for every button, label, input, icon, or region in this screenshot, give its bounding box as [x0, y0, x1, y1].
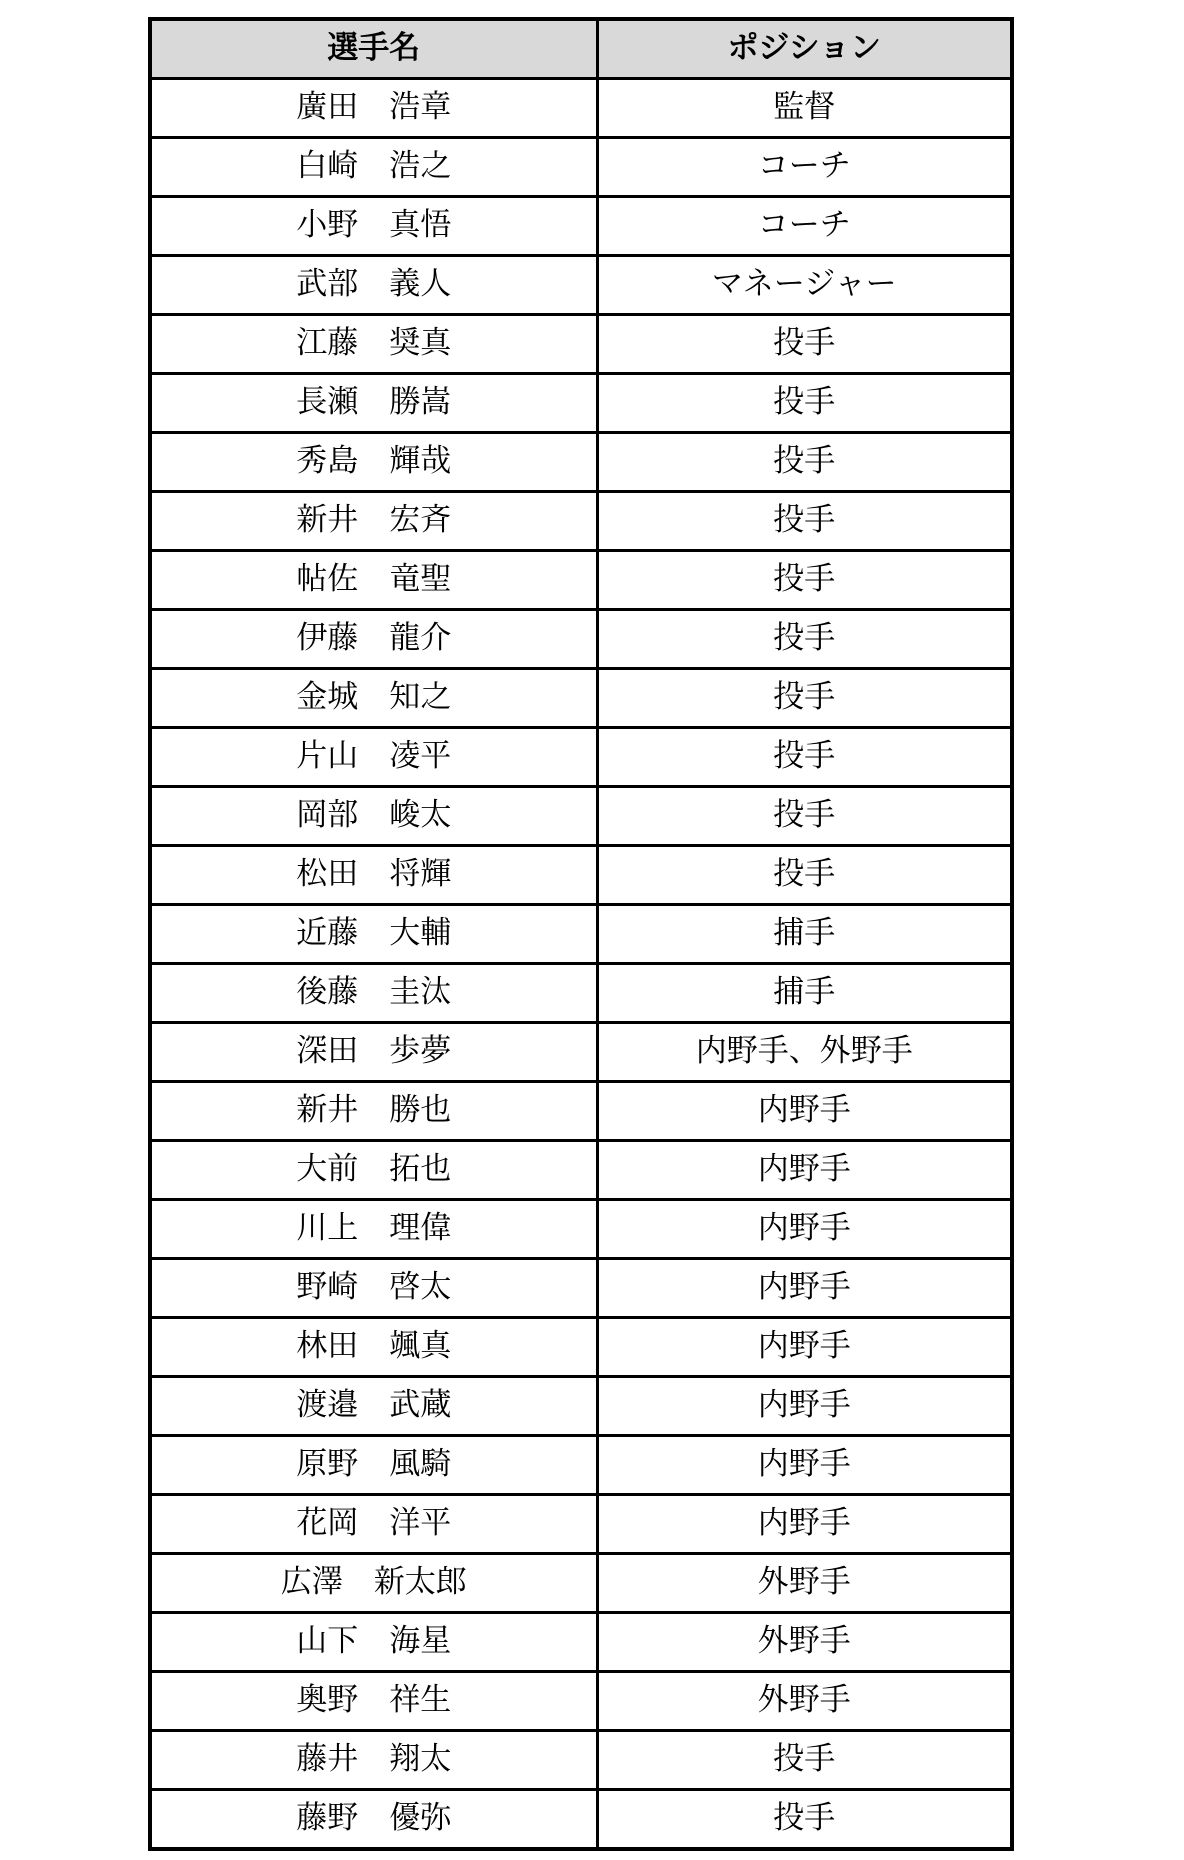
player-name-cell: 金城 知之 — [150, 669, 597, 728]
position-cell: 監督 — [597, 79, 1012, 138]
position-cell: 捕手 — [597, 905, 1012, 964]
player-name-cell: 小野 真悟 — [150, 197, 597, 256]
position-cell: 投手 — [597, 315, 1012, 374]
player-name-cell: 広澤 新太郎 — [150, 1554, 597, 1613]
position-cell: 内野手 — [597, 1082, 1012, 1141]
position-cell: 内野手 — [597, 1318, 1012, 1377]
position-cell: コーチ — [597, 197, 1012, 256]
position-cell: 投手 — [597, 846, 1012, 905]
table-row: 後藤 圭汰捕手 — [150, 964, 1012, 1023]
table-row: 新井 宏斉投手 — [150, 492, 1012, 551]
table-row: 秀島 輝哉投手 — [150, 433, 1012, 492]
table-row: 原野 風騎内野手 — [150, 1436, 1012, 1495]
position-cell: 投手 — [597, 492, 1012, 551]
position-cell: 投手 — [597, 669, 1012, 728]
position-cell: マネージャー — [597, 256, 1012, 315]
player-name-cell: 片山 凌平 — [150, 728, 597, 787]
position-cell: 内野手 — [597, 1377, 1012, 1436]
player-name-cell: 新井 宏斉 — [150, 492, 597, 551]
table-row: 渡邉 武蔵内野手 — [150, 1377, 1012, 1436]
position-cell: 投手 — [597, 728, 1012, 787]
position-cell: 投手 — [597, 1790, 1012, 1850]
table-row: 花岡 洋平内野手 — [150, 1495, 1012, 1554]
roster-table-body: 廣田 浩章監督白崎 浩之コーチ小野 真悟コーチ武部 義人マネージャー江藤 奨真投… — [150, 79, 1012, 1850]
position-cell: 投手 — [597, 374, 1012, 433]
position-cell: 内野手 — [597, 1259, 1012, 1318]
column-header-player-name: 選手名 — [150, 19, 597, 79]
position-cell: 外野手 — [597, 1613, 1012, 1672]
table-row: 金城 知之投手 — [150, 669, 1012, 728]
position-cell: 外野手 — [597, 1672, 1012, 1731]
player-name-cell: 近藤 大輔 — [150, 905, 597, 964]
position-cell: 内野手 — [597, 1495, 1012, 1554]
player-name-cell: 川上 理偉 — [150, 1200, 597, 1259]
table-row: 江藤 奨真投手 — [150, 315, 1012, 374]
table-row: 長瀬 勝嵩投手 — [150, 374, 1012, 433]
player-name-cell: 伊藤 龍介 — [150, 610, 597, 669]
table-row: 林田 颯真内野手 — [150, 1318, 1012, 1377]
table-row: 野崎 啓太内野手 — [150, 1259, 1012, 1318]
table-row: 廣田 浩章監督 — [150, 79, 1012, 138]
player-name-cell: 山下 海星 — [150, 1613, 597, 1672]
player-name-cell: 廣田 浩章 — [150, 79, 597, 138]
roster-table: 選手名 ポジション 廣田 浩章監督白崎 浩之コーチ小野 真悟コーチ武部 義人マネ… — [148, 17, 1014, 1851]
player-name-cell: 帖佐 竜聖 — [150, 551, 597, 610]
position-cell: 内野手 — [597, 1436, 1012, 1495]
column-header-position: ポジション — [597, 19, 1012, 79]
player-name-cell: 原野 風騎 — [150, 1436, 597, 1495]
position-cell: 内野手、外野手 — [597, 1023, 1012, 1082]
table-row: 武部 義人マネージャー — [150, 256, 1012, 315]
position-cell: 内野手 — [597, 1200, 1012, 1259]
player-name-cell: 武部 義人 — [150, 256, 597, 315]
table-row: 小野 真悟コーチ — [150, 197, 1012, 256]
roster-table-container: 選手名 ポジション 廣田 浩章監督白崎 浩之コーチ小野 真悟コーチ武部 義人マネ… — [148, 17, 1014, 1851]
position-cell: 投手 — [597, 1731, 1012, 1790]
position-cell: 投手 — [597, 551, 1012, 610]
table-row: 大前 拓也内野手 — [150, 1141, 1012, 1200]
player-name-cell: 松田 将輝 — [150, 846, 597, 905]
header-row: 選手名 ポジション — [150, 19, 1012, 79]
table-row: 白崎 浩之コーチ — [150, 138, 1012, 197]
table-row: 松田 将輝投手 — [150, 846, 1012, 905]
position-cell: 外野手 — [597, 1554, 1012, 1613]
player-name-cell: 新井 勝也 — [150, 1082, 597, 1141]
table-row: 深田 歩夢内野手、外野手 — [150, 1023, 1012, 1082]
position-cell: コーチ — [597, 138, 1012, 197]
table-row: 片山 凌平投手 — [150, 728, 1012, 787]
player-name-cell: 長瀬 勝嵩 — [150, 374, 597, 433]
position-cell: 内野手 — [597, 1141, 1012, 1200]
table-row: 奥野 祥生外野手 — [150, 1672, 1012, 1731]
player-name-cell: 渡邉 武蔵 — [150, 1377, 597, 1436]
table-row: 伊藤 龍介投手 — [150, 610, 1012, 669]
player-name-cell: 藤井 翔太 — [150, 1731, 597, 1790]
player-name-cell: 藤野 優弥 — [150, 1790, 597, 1850]
player-name-cell: 大前 拓也 — [150, 1141, 597, 1200]
player-name-cell: 奥野 祥生 — [150, 1672, 597, 1731]
player-name-cell: 深田 歩夢 — [150, 1023, 597, 1082]
position-cell: 投手 — [597, 787, 1012, 846]
player-name-cell: 江藤 奨真 — [150, 315, 597, 374]
position-cell: 投手 — [597, 433, 1012, 492]
position-cell: 捕手 — [597, 964, 1012, 1023]
player-name-cell: 秀島 輝哉 — [150, 433, 597, 492]
player-name-cell: 岡部 峻太 — [150, 787, 597, 846]
table-row: 近藤 大輔捕手 — [150, 905, 1012, 964]
table-row: 藤野 優弥投手 — [150, 1790, 1012, 1850]
table-row: 川上 理偉内野手 — [150, 1200, 1012, 1259]
player-name-cell: 白崎 浩之 — [150, 138, 597, 197]
table-row: 広澤 新太郎外野手 — [150, 1554, 1012, 1613]
player-name-cell: 野崎 啓太 — [150, 1259, 597, 1318]
table-row: 岡部 峻太投手 — [150, 787, 1012, 846]
table-row: 帖佐 竜聖投手 — [150, 551, 1012, 610]
table-row: 山下 海星外野手 — [150, 1613, 1012, 1672]
player-name-cell: 花岡 洋平 — [150, 1495, 597, 1554]
table-row: 新井 勝也内野手 — [150, 1082, 1012, 1141]
position-cell: 投手 — [597, 610, 1012, 669]
player-name-cell: 後藤 圭汰 — [150, 964, 597, 1023]
table-row: 藤井 翔太投手 — [150, 1731, 1012, 1790]
player-name-cell: 林田 颯真 — [150, 1318, 597, 1377]
